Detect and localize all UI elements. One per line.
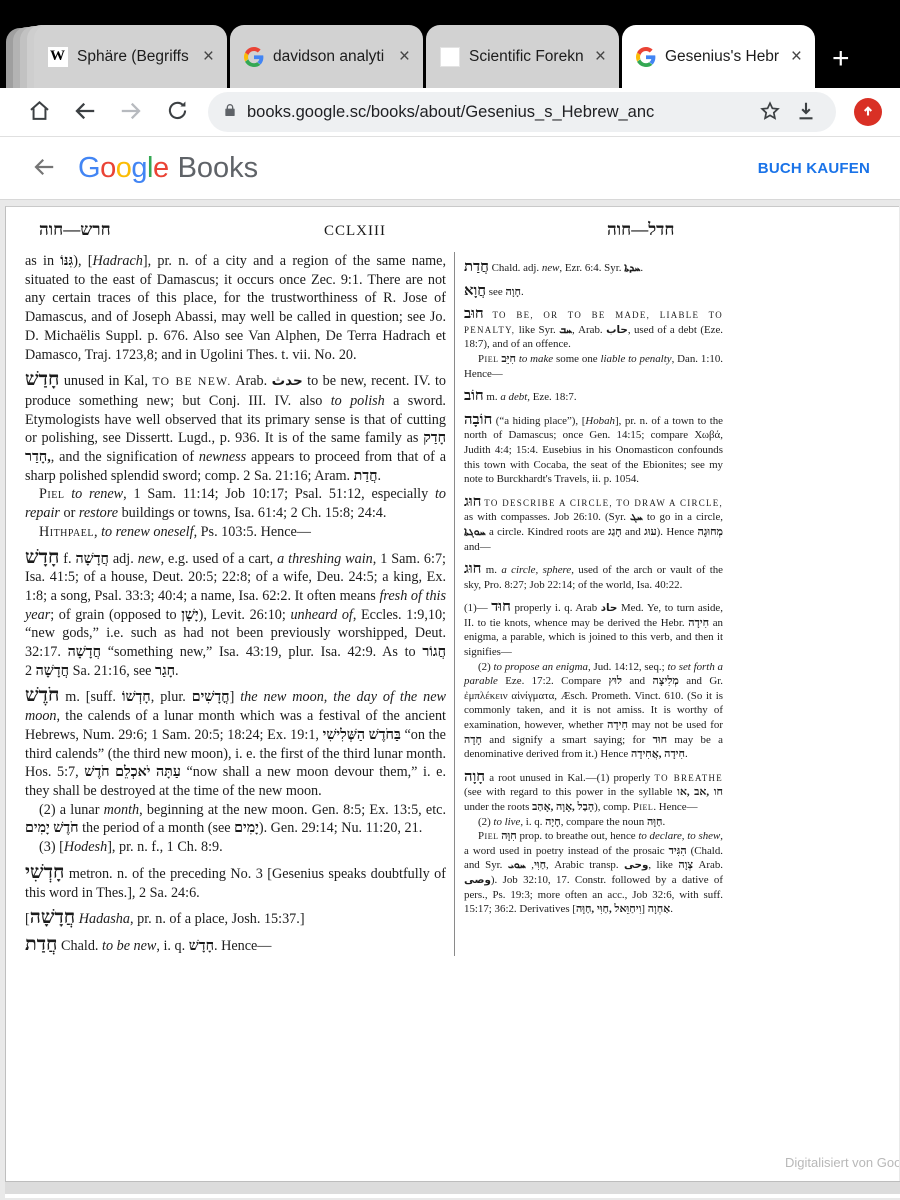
book-paragraph: חָדַשׁ unused in Kal, TO BE NEW. Arab. ح… (25, 371, 446, 485)
scanned-book-page: חרש—חוה CCLXIII חדל—חוה as in גִּנּוֹ), … (5, 206, 899, 1181)
tab-2[interactable]: Scientific Forekn× (426, 25, 619, 88)
url-text[interactable]: books.google.sc/books/about/Gesenius_s_H… (247, 103, 746, 122)
tab-label: Sphäre (Begriffs (77, 48, 191, 66)
bookmark-star-icon (758, 99, 782, 126)
home-button[interactable] (16, 92, 62, 132)
book-paragraph: חָוָה a root unused in Kal.—(1) properly… (464, 770, 723, 815)
books-back-button[interactable] (26, 150, 62, 186)
tab-close-icon[interactable]: × (788, 45, 805, 68)
book-paragraph: חֲדַת Chald. adj. new, Ezr. 6:4. Syr. ܚܕ… (464, 260, 723, 276)
forward-button[interactable] (108, 92, 154, 132)
tab-3-active[interactable]: Gesenius's Hebr× (622, 25, 815, 88)
book-paragraph: Hithpael, to renew oneself, Ps. 103:5. H… (25, 523, 446, 542)
google-logo-letter: g (131, 152, 147, 185)
book-column-left: as in גִּנּוֹ), [Hadrach], pr. n. of a c… (25, 252, 454, 956)
google-digitized-watermark: Digitalisiert von Google (785, 1155, 899, 1170)
browser-window: WSphäre (Begriffs×davidson analyti×Scien… (0, 0, 900, 1198)
book-paragraph: Piel חִיֵּב to make some one liable to p… (464, 352, 723, 381)
page-bottom-gap (5, 1181, 900, 1194)
tab-label: Scientific Forekn (469, 48, 583, 66)
address-bar[interactable]: books.google.sc/books/about/Gesenius_s_H… (208, 92, 836, 132)
blank-page-icon (439, 46, 460, 67)
reload-icon (165, 98, 190, 126)
book-paragraph: (2) to live, i. q. חָיָה, compare the no… (464, 815, 723, 830)
book-paragraph: חוֹבָה (“a hiding place”), [Hobah], pr. … (464, 413, 723, 487)
tab-close-icon[interactable]: × (592, 45, 609, 68)
book-columns: as in גִּנּוֹ), [Hadrach], pr. n. of a c… (25, 252, 723, 956)
book-paragraph: חֲוָא see חָוָה. (464, 284, 723, 300)
tab-label: Gesenius's Hebr (665, 48, 779, 66)
download-button[interactable] (788, 94, 824, 130)
book-paragraph: [חֲדָשָׁה Hadasha, pr. n. of a place, Jo… (25, 909, 446, 929)
tab-close-icon[interactable]: × (396, 45, 413, 68)
reload-button[interactable] (154, 92, 200, 132)
book-paragraph: Piel חִוָּה prop. to breathe out, hence … (464, 829, 723, 917)
google-books-label: Books (178, 152, 259, 185)
bookmark-star-button[interactable] (752, 94, 788, 130)
back-arrow-icon (31, 154, 57, 183)
tab-close-icon[interactable]: × (200, 45, 217, 68)
book-paragraph: (2) a lunar month, beginning at the new … (25, 801, 446, 838)
running-head-right: חדל—חוה (607, 220, 674, 240)
google-logo-letter: e (153, 152, 169, 185)
google-logo-letter: o (116, 152, 132, 185)
book-paragraph: חוּב TO BE, OR TO BE MADE, LIABLE TO PEN… (464, 307, 723, 352)
book-paragraph: חֲדַת Chald. to be new, i. q. חָדָשׁ. He… (25, 936, 446, 956)
book-paragraph: Piel to renew, 1 Sam. 11:14; Job 10:17; … (25, 485, 446, 522)
google-logo-letter: G (78, 152, 100, 185)
forward-icon (118, 98, 144, 127)
book-paragraph: חוֹב m. a debt, Eze. 18:7. (464, 389, 723, 405)
wikipedia-w-icon: W (47, 46, 68, 67)
book-paragraph: חֹדֶשׁ m. [suff. חָדְשׁוֹ, plur. חֳדָשִׁ… (25, 687, 446, 800)
next-page-edge (5, 1194, 900, 1198)
back-icon (72, 98, 98, 127)
tab-0[interactable]: WSphäre (Begriffs× (34, 25, 227, 88)
new-tab-button[interactable]: + (832, 44, 850, 74)
book-paragraph: (3) [Hodesh], pr. n. f., 1 Ch. 8:9. (25, 838, 446, 857)
home-icon (27, 98, 52, 126)
google-logo-letter: o (100, 152, 116, 185)
browser-toolbar: books.google.sc/books/about/Gesenius_s_H… (0, 88, 900, 137)
running-head-left: חרש—חוה (39, 220, 111, 240)
download-icon (794, 99, 818, 126)
book-paragraph: חָדָשׁ f. חֲדָשָׁה adj. new, e.g. used o… (25, 549, 446, 681)
google-g-icon (243, 46, 264, 67)
book-paragraph: (2) to propose an enigma, Jud. 14:12, se… (464, 660, 723, 762)
google-logo[interactable]: Google (78, 152, 169, 185)
tab-strip: WSphäre (Begriffs×davidson analyti×Scien… (0, 0, 900, 88)
tab-1[interactable]: davidson analyti× (230, 25, 423, 88)
tabs-host: WSphäre (Begriffs×davidson analyti×Scien… (34, 25, 818, 88)
back-button[interactable] (62, 92, 108, 132)
tab-strip-tabs: WSphäre (Begriffs×davidson analyti×Scien… (0, 25, 900, 88)
running-head: חרש—חוה CCLXIII חדל—חוה (6, 220, 736, 242)
book-paragraph: חוּג TO DESCRIBE A CIRCLE, TO DRAW A CIR… (464, 495, 723, 554)
lock-icon (222, 102, 238, 123)
book-paragraph: as in גִּנּוֹ), [Hadrach], pr. n. of a c… (25, 252, 446, 364)
book-column-right: חֲדַת Chald. adj. new, Ezr. 6:4. Syr. ܚܕ… (454, 252, 723, 956)
update-chrome-button[interactable] (854, 98, 882, 126)
book-paragraph: חוּג m. a circle, sphere, used of the ar… (464, 562, 723, 592)
page-number-roman: CCLXIII (324, 223, 386, 240)
tab-label: davidson analyti (273, 48, 387, 66)
update-arrow-icon (859, 102, 877, 123)
buy-book-link[interactable]: BUCH KAUFEN (758, 160, 870, 177)
google-books-header: Google Books BUCH KAUFEN (0, 137, 900, 200)
google-g-icon (635, 46, 656, 67)
book-paragraph: חוּד —(1) properly i. q. Arab حاد Med. Y… (464, 600, 723, 659)
book-paragraph: חָדְשִׁי metron. n. of the preceding No.… (25, 864, 446, 902)
